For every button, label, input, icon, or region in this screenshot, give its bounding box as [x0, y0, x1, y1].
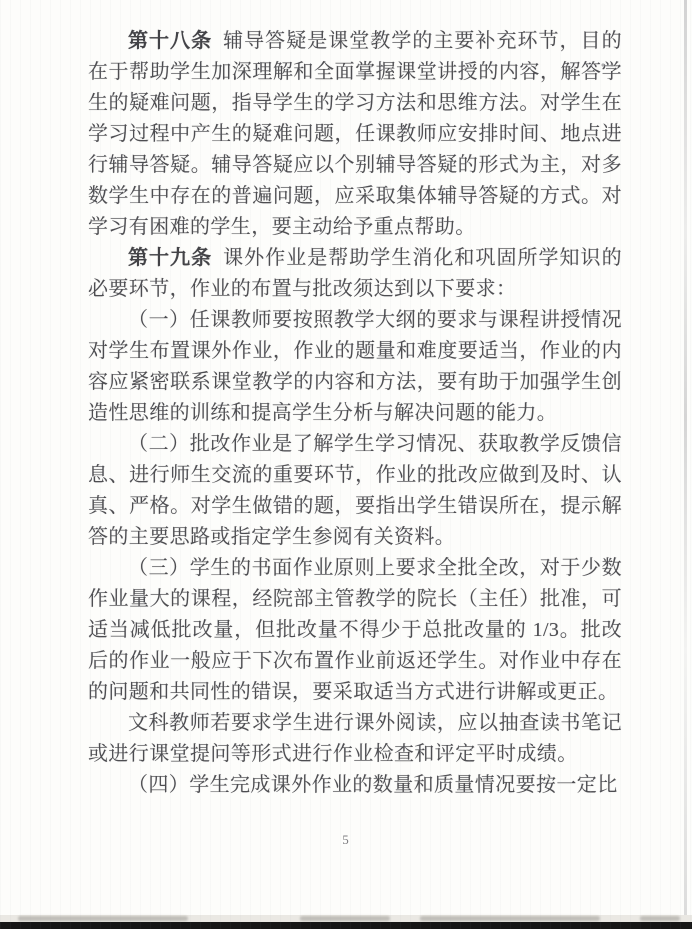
paragraph: 第十九条课外作业是帮助学生消化和巩固所学知识的必要环节，作业的布置与批改须达到以… — [88, 243, 622, 305]
paper-right-edge — [684, 0, 687, 929]
paragraph-text: 辅导答疑是课堂教学的主要补充环节，目的在于帮助学生加深理解和全面掌握课堂讲授的内… — [88, 30, 622, 238]
paragraph-text: （二）批改作业是了解学生学习情况、获取教学反馈信息、进行师生交流的重要环节，作业… — [88, 433, 622, 548]
paragraph-text: （四）学生完成课外作业的数量和质量情况要按一定比 — [128, 774, 618, 796]
smudge-blot — [18, 916, 188, 921]
article-number: 第十九条 — [128, 247, 212, 269]
page-number: 5 — [0, 832, 692, 848]
document-body: 第十八条辅导答疑是课堂教学的主要补充环节，目的在于帮助学生加深理解和全面掌握课堂… — [88, 26, 622, 801]
smudge-blot — [640, 916, 680, 921]
paragraph: 第十八条辅导答疑是课堂教学的主要补充环节，目的在于帮助学生加深理解和全面掌握课堂… — [88, 26, 622, 243]
smudge-blot — [420, 916, 600, 921]
paragraph: （一）任课教师要按照教学大纲的要求与课程讲授情况对学生布置课外作业，作业的题量和… — [88, 305, 622, 429]
scanner-edge-bar — [0, 922, 692, 929]
smudge-blot — [300, 916, 390, 921]
paragraph-text: （三）学生的书面作业原则上要求全批全改，对于少数作业量大的课程，经院部主管教学的… — [88, 557, 622, 703]
paragraph: （四）学生完成课外作业的数量和质量情况要按一定比 — [88, 770, 622, 801]
scanned-page: 第十八条辅导答疑是课堂教学的主要补充环节，目的在于帮助学生加深理解和全面掌握课堂… — [0, 0, 692, 929]
paragraph: （二）批改作业是了解学生学习情况、获取教学反馈信息、进行师生交流的重要环节，作业… — [88, 429, 622, 553]
paragraph-text: （一）任课教师要按照教学大纲的要求与课程讲授情况对学生布置课外作业，作业的题量和… — [88, 309, 622, 424]
paragraph: （三）学生的书面作业原则上要求全批全改，对于少数作业量大的课程，经院部主管教学的… — [88, 553, 622, 708]
article-number: 第十八条 — [128, 30, 212, 52]
bottom-smudge-band — [0, 915, 692, 922]
ink-smudge — [601, 63, 615, 67]
paragraph: 文科教师若要求学生进行课外阅读，应以抽查读书笔记或进行课堂提问等形式进行作业检查… — [88, 708, 622, 770]
paragraph-text: 文科教师若要求学生进行课外阅读，应以抽查读书笔记或进行课堂提问等形式进行作业检查… — [88, 712, 622, 765]
